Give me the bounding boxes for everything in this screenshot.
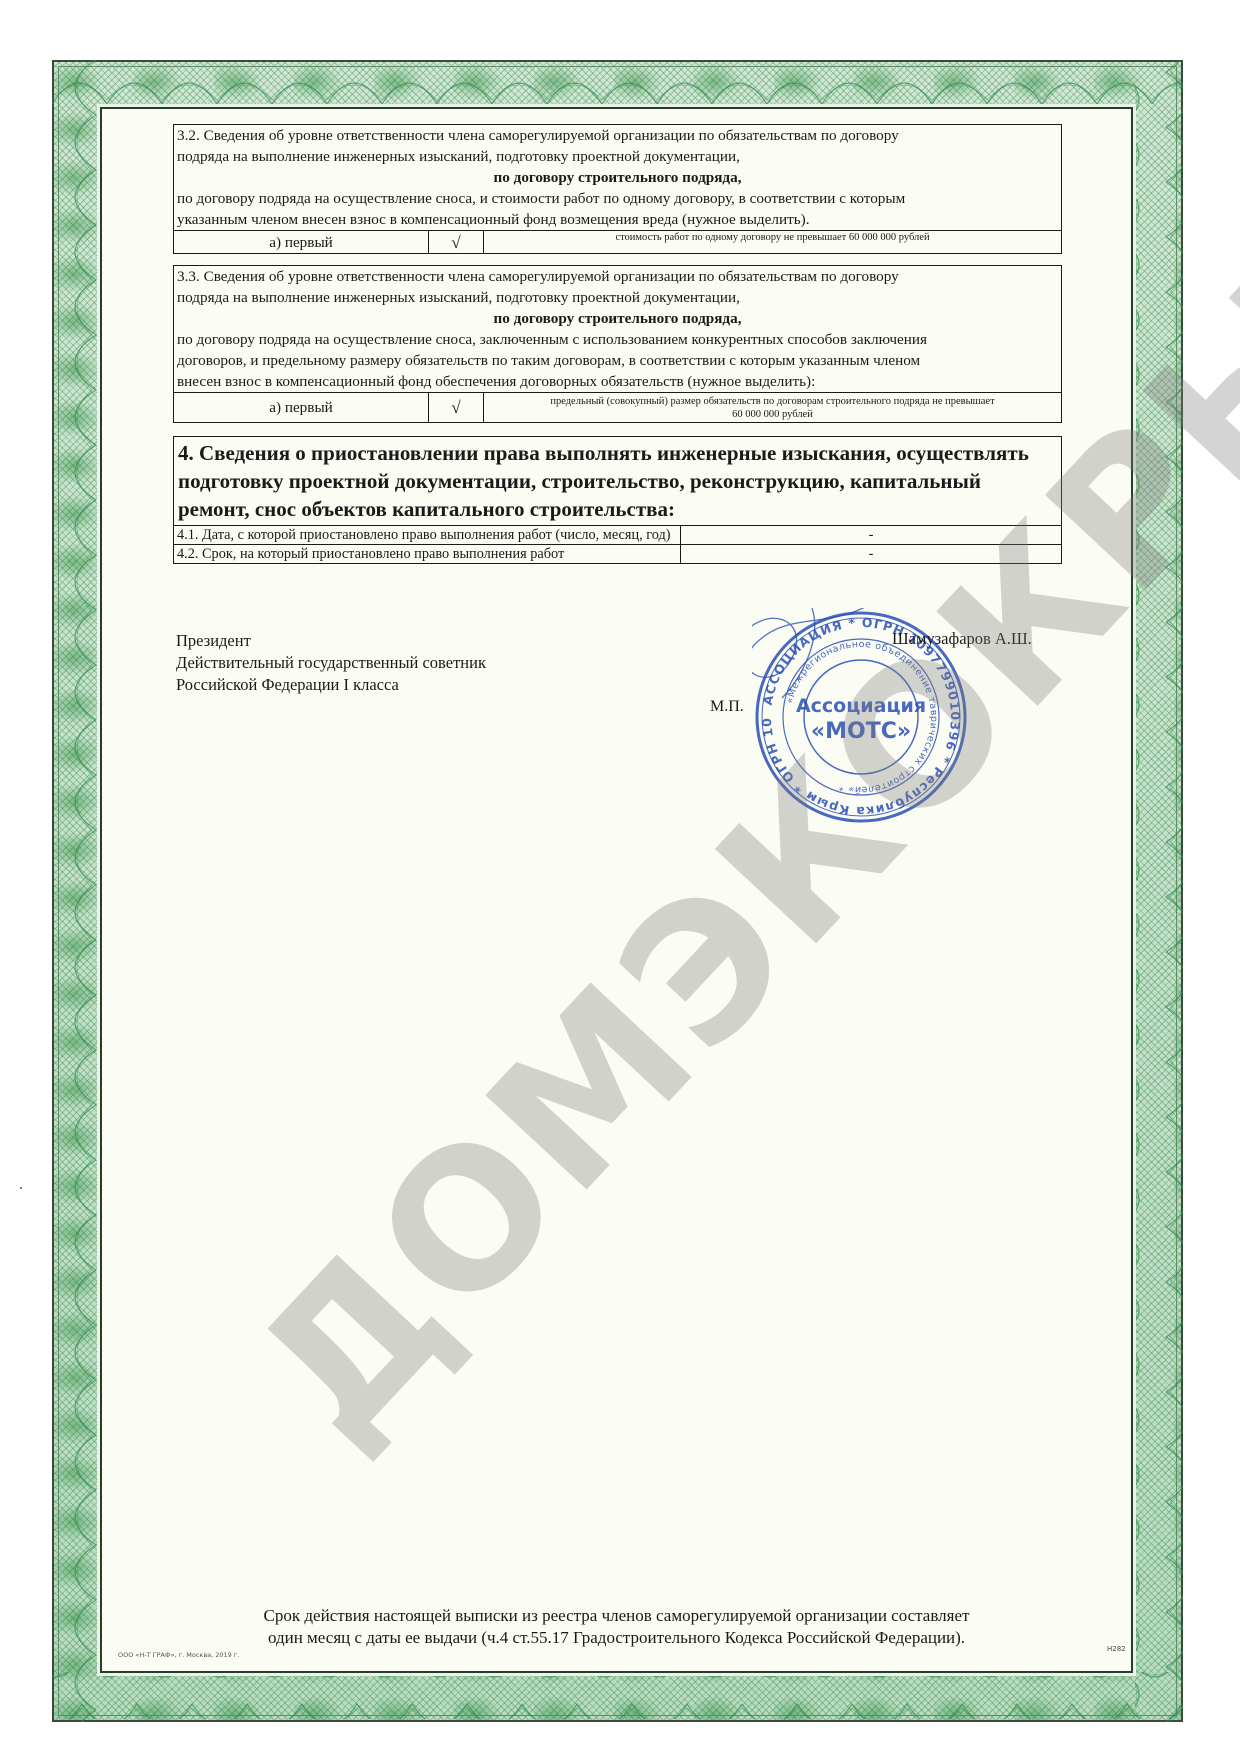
text-line: по договору подряда на осуществление сно… <box>177 188 1058 209</box>
text-line: указанным членом внесен взнос в компенса… <box>177 209 1058 230</box>
validity-notice: Срок действия настоящей выписки из реест… <box>100 1605 1133 1649</box>
seal-label: М.П. <box>710 698 744 716</box>
section-3-2-table: 3.2. Сведения об уровне ответственности … <box>173 124 1062 254</box>
text-line: внесен взнос в компенсационный фонд обес… <box>177 371 1058 392</box>
section-4-title: 4. Сведения о приостановлении права выпо… <box>174 437 1062 526</box>
check-mark: √ <box>429 231 484 254</box>
check-mark: √ <box>429 393 484 423</box>
section-3-3-table: 3.3. Сведения об уровне ответственности … <box>173 265 1062 423</box>
text-line: по договору подряда на осуществление сно… <box>177 329 1058 350</box>
position-line: Президент <box>176 630 486 652</box>
text-line: 60 000 000 рублей <box>487 408 1058 421</box>
text-line: 3.3. Сведения об уровне ответственности … <box>177 266 1058 287</box>
notice-line: Срок действия настоящей выписки из реест… <box>100 1605 1133 1627</box>
text-line: договоров, и предельному размеру обязате… <box>177 350 1058 371</box>
notice-line: один месяц с даты ее выдачи (ч.4 ст.55.1… <box>100 1627 1133 1649</box>
stamp-center-line1: Ассоциация <box>796 695 926 717</box>
text-bold: по договору строительного подряда, <box>177 308 1058 329</box>
option-label: а) первый <box>174 231 429 254</box>
printer-imprint: ООО «Н-Т ГРАФ», г. Москва, 2019 г. <box>118 1651 239 1659</box>
suspension-date-value: - <box>681 526 1062 545</box>
form-code: Н282 <box>1107 1645 1126 1653</box>
option-description: предельный (совокупный) размер обязатель… <box>484 393 1062 423</box>
text-line: подряда на выполнение инженерных изыскан… <box>177 146 1058 167</box>
suspension-date-label: 4.1. Дата, с которой приостановлено прав… <box>174 526 681 545</box>
position-line: Действительный государственный советник <box>176 652 486 674</box>
stamp-center-line2: «МОТС» <box>811 719 911 744</box>
signatory-position: Президент Действительный государственный… <box>176 630 486 696</box>
text-line: подряда на выполнение инженерных изыскан… <box>177 287 1058 308</box>
scan-artifact <box>20 1187 22 1189</box>
section-4-table: 4. Сведения о приостановлении права выпо… <box>173 436 1062 564</box>
suspension-term-value: - <box>681 545 1062 564</box>
signatory-name: Шамузафаров А.Ш. <box>892 629 1032 649</box>
suspension-term-label: 4.2. Срок, на который приостановлено пра… <box>174 545 681 564</box>
option-description: стоимость работ по одному договору не пр… <box>484 231 1062 254</box>
stamp-inner-ring-text: «Межрегиональное объединение таврических… <box>784 639 939 795</box>
option-label: а) первый <box>174 393 429 423</box>
text-line: предельный (совокупный) размер обязатель… <box>487 395 1058 408</box>
section-3-2-description: 3.2. Сведения об уровне ответственности … <box>174 125 1062 231</box>
position-line: Российской Федерации I класса <box>176 674 486 696</box>
text-line: 3.2. Сведения об уровне ответственности … <box>177 125 1058 146</box>
svg-text:«Межрегиональное объединение т: «Межрегиональное объединение таврических… <box>784 639 939 795</box>
text-bold: по договору строительного подряда, <box>177 167 1058 188</box>
section-3-3-description: 3.3. Сведения об уровне ответственности … <box>174 266 1062 393</box>
